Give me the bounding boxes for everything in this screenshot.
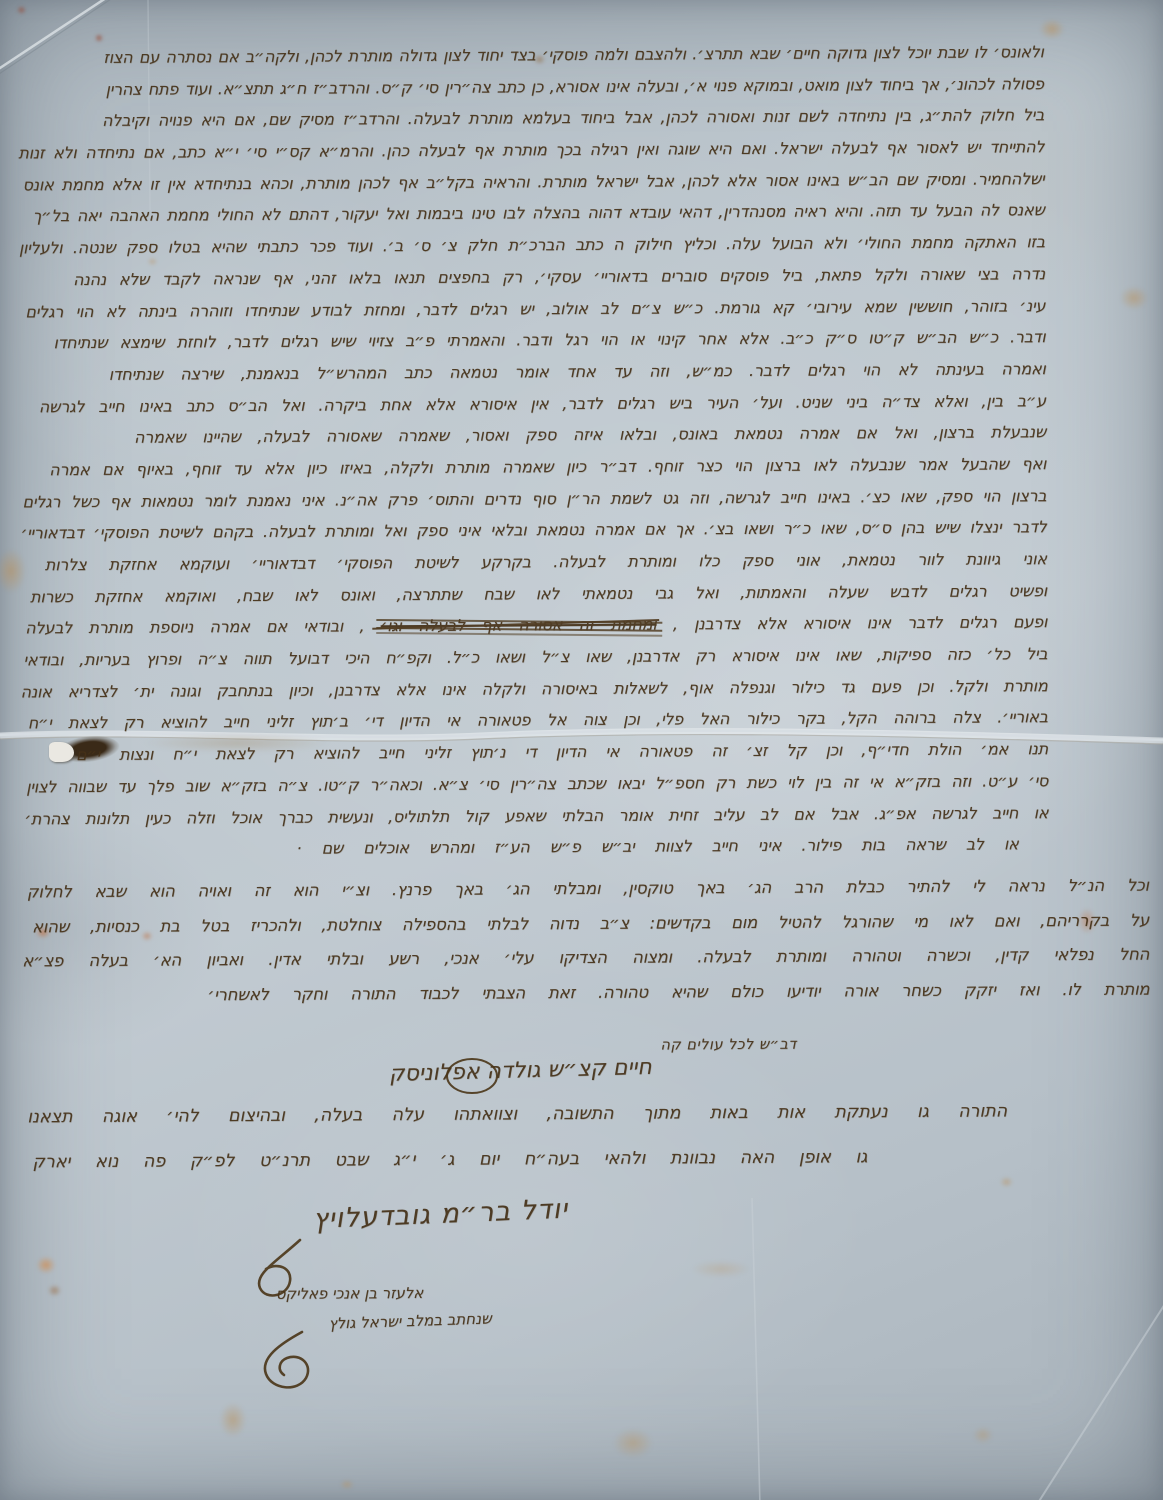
signature-secondary-line-1: אלעזר בן אנכי פאליקס — [276, 1284, 424, 1303]
text-line: או לב שראה בות פילור. איני חייב לצוות יב… — [17, 829, 1019, 867]
text-line: מותרת לו. ואז יזקק כשחר אורה יודיעו כולם… — [17, 972, 1149, 1013]
main-text-block: ולאונס׳ לו שבת יוכל לצון גדוקה חיים׳ שבא… — [12, 36, 1049, 866]
attestation-line-2: גו אופן האה נבוונת ולהאי בעה״ח יום ג׳ י״… — [32, 1147, 867, 1172]
manuscript-scan: ולאונס׳ לו שבת יוכל לצון גדוקה חיים׳ שבא… — [0, 0, 1163, 1500]
community-line: חיים קצ״ש גולדה אפלוניסק — [389, 1055, 652, 1087]
closing-paragraph-block: וכל הנ״ל נראה לי להתיר כבלת הרב הג׳ באך … — [17, 869, 1150, 1014]
signature-secondary-line-2: שנחתב במלב ישראל גולץ — [328, 1309, 492, 1332]
blessing-line: דב״ש לכל עולים קה — [660, 1037, 796, 1054]
struck-through-text: ומחמת זה אסורה אף לבעלה וגו׳ — [381, 615, 657, 636]
attestation-line-1: התורה גו נעתקת אות באות מתוך התשובה, וצו… — [27, 1101, 1007, 1127]
ink-layer: ולאונס׳ לו שבת יוכל לצון גדוקה חיים׳ שבא… — [0, 0, 1163, 1500]
signature-main: יודל בר״מ גובדעלויץ — [312, 1194, 568, 1235]
